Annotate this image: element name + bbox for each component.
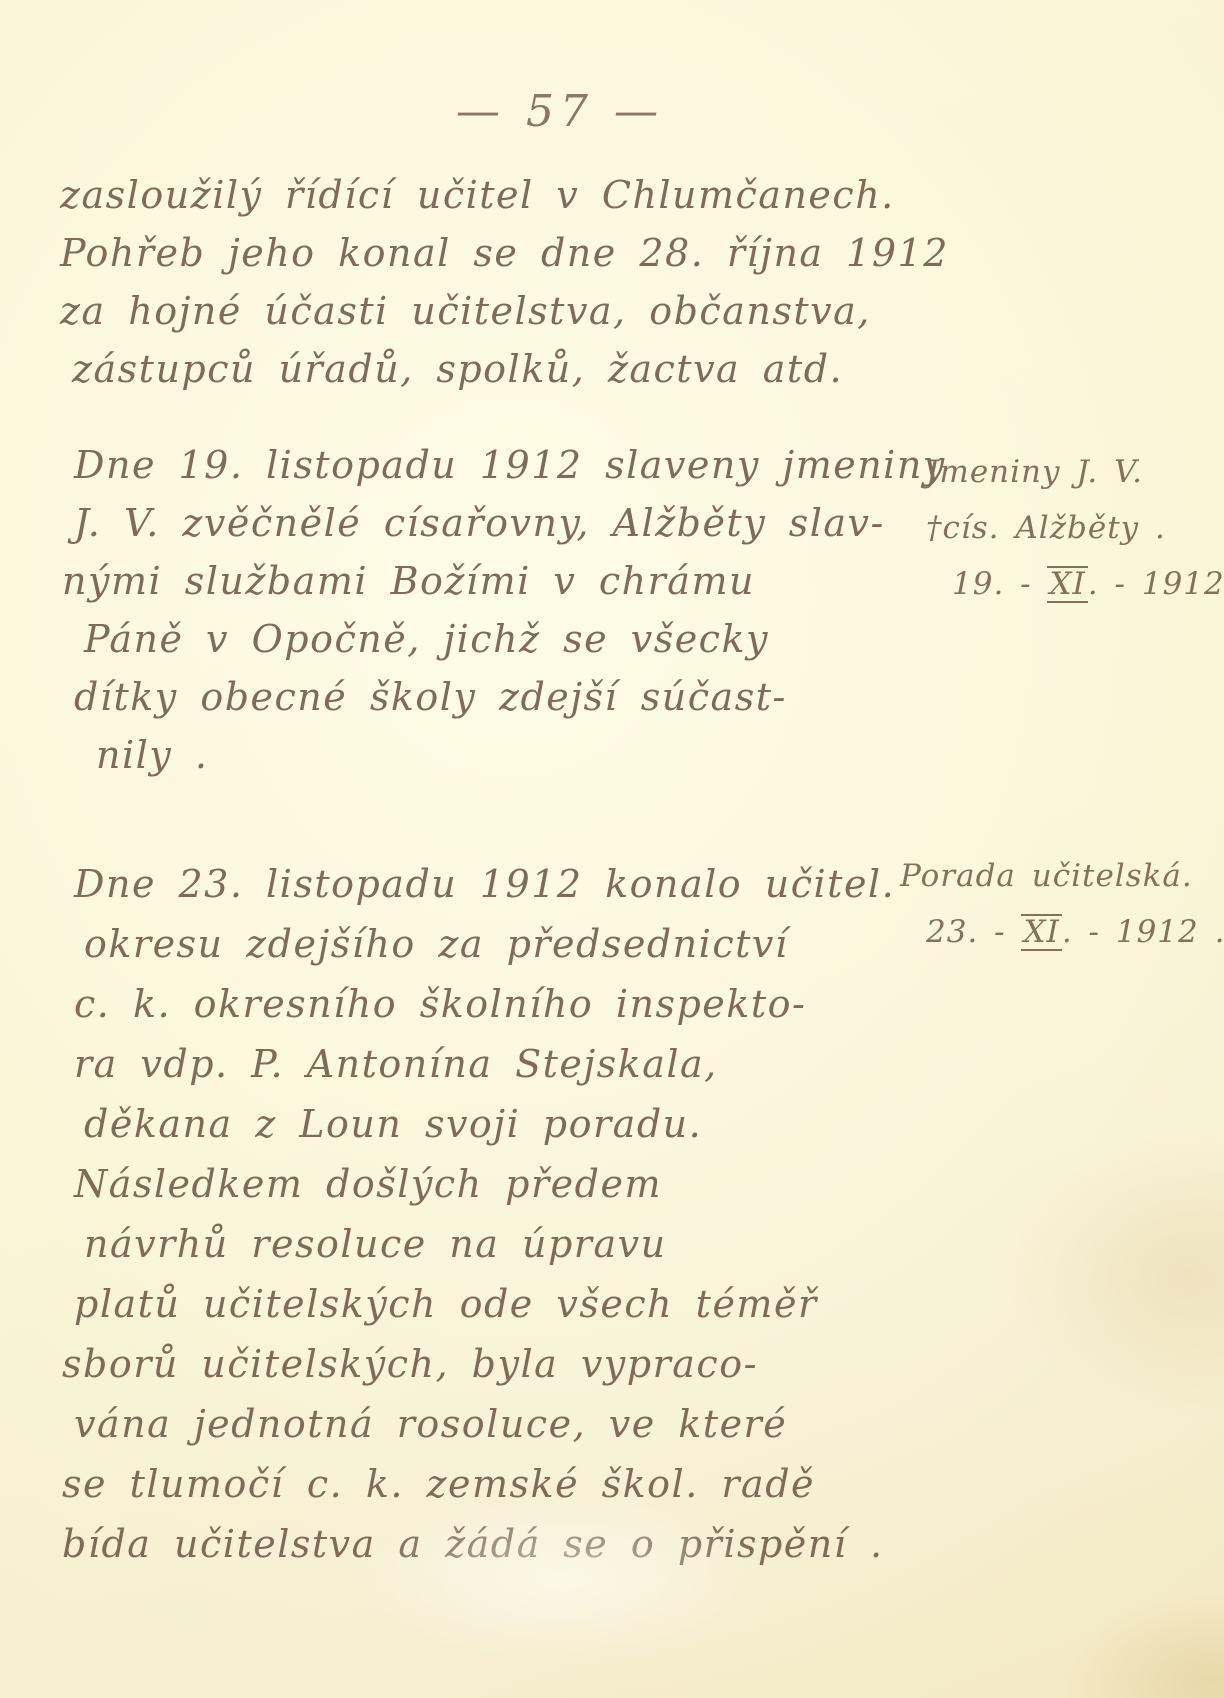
text-line: děkana z Loun svoji poradu. bbox=[84, 1094, 895, 1154]
margin-note-subtitle: †cís. Alžběty . bbox=[926, 500, 1224, 556]
text-line: J. V. zvěčnělé císařovny, Alžběty slav- bbox=[74, 494, 946, 552]
paragraph-name-day: Dne 19. listopadu 1912 slaveny jmeniny J… bbox=[62, 436, 946, 784]
text-line: c. k. okresního školního inspekto- bbox=[74, 974, 895, 1034]
margin-note-name-day: Jmeniny J. V. †cís. Alžběty . 19. - XI. … bbox=[926, 444, 1224, 612]
chronicle-page: — 57 — zasloužilý řídící učitel v Chlumč… bbox=[0, 0, 1224, 1698]
date-year: . - 1912 . bbox=[1062, 914, 1224, 950]
margin-note-teachers-meeting: Porada učitelská. 23. - XI. - 1912 . bbox=[900, 848, 1224, 960]
text-line: ra vdp. P. Antonína Stejskala, bbox=[74, 1034, 895, 1094]
text-line: Páně v Opočně, jichž se všecky bbox=[84, 610, 946, 668]
text-line: Následkem došlých předem bbox=[74, 1154, 895, 1214]
text-line: okresu zdejšího za předsednictví bbox=[84, 914, 895, 974]
text-line: za hojné účasti učitelstva, občanstva, bbox=[60, 282, 949, 340]
margin-note-title: Jmeniny J. V. bbox=[926, 444, 1224, 500]
date-month-roman-numeral: XI bbox=[1021, 914, 1061, 951]
text-line: se tlumočí c. k. zemské škol. radě bbox=[62, 1454, 895, 1514]
page-number: — 57 — bbox=[0, 86, 1120, 137]
text-line: Dne 19. listopadu 1912 slaveny jmeniny bbox=[74, 436, 946, 494]
date-day: 23. - bbox=[926, 914, 1021, 950]
text-line: vána jednotná rosoluce, ve které bbox=[74, 1394, 895, 1454]
paragraph-obituary: zasloužilý řídící učitel v Chlumčanech. … bbox=[60, 166, 949, 398]
text-line: návrhů resoluce na úpravu bbox=[84, 1214, 895, 1274]
text-line: Pohřeb jeho konal se dne 28. října 1912 bbox=[60, 224, 949, 282]
margin-note-title: Porada učitelská. bbox=[900, 848, 1224, 904]
date-day: 19. - bbox=[952, 566, 1047, 602]
text-line: dítky obecné školy zdejší súčast- bbox=[74, 668, 946, 726]
paragraph-teachers-meeting: Dne 23. listopadu 1912 konalo učitel. ok… bbox=[62, 854, 895, 1574]
text-line: nily . bbox=[96, 726, 946, 784]
text-line: Dne 23. listopadu 1912 konalo učitel. bbox=[74, 854, 895, 914]
date-month-roman-numeral: XI bbox=[1047, 566, 1087, 603]
text-line: sborů učitelských, byla vypraco- bbox=[62, 1334, 895, 1394]
margin-note-date: 19. - XI. - 1912 . bbox=[926, 556, 1224, 612]
date-year: . - 1912 . bbox=[1088, 566, 1224, 602]
text-line: zástupců úřadů, spolků, žactva atd. bbox=[72, 340, 949, 398]
text-line: nými službami Božími v chrámu bbox=[62, 552, 946, 610]
text-line: platů učitelských ode všech téměř bbox=[74, 1274, 895, 1334]
margin-note-date: 23. - XI. - 1912 . bbox=[900, 904, 1224, 960]
text-line: bída učitelstva a žádá se o přispění . bbox=[62, 1514, 895, 1574]
text-line: zasloužilý řídící učitel v Chlumčanech. bbox=[60, 166, 949, 224]
